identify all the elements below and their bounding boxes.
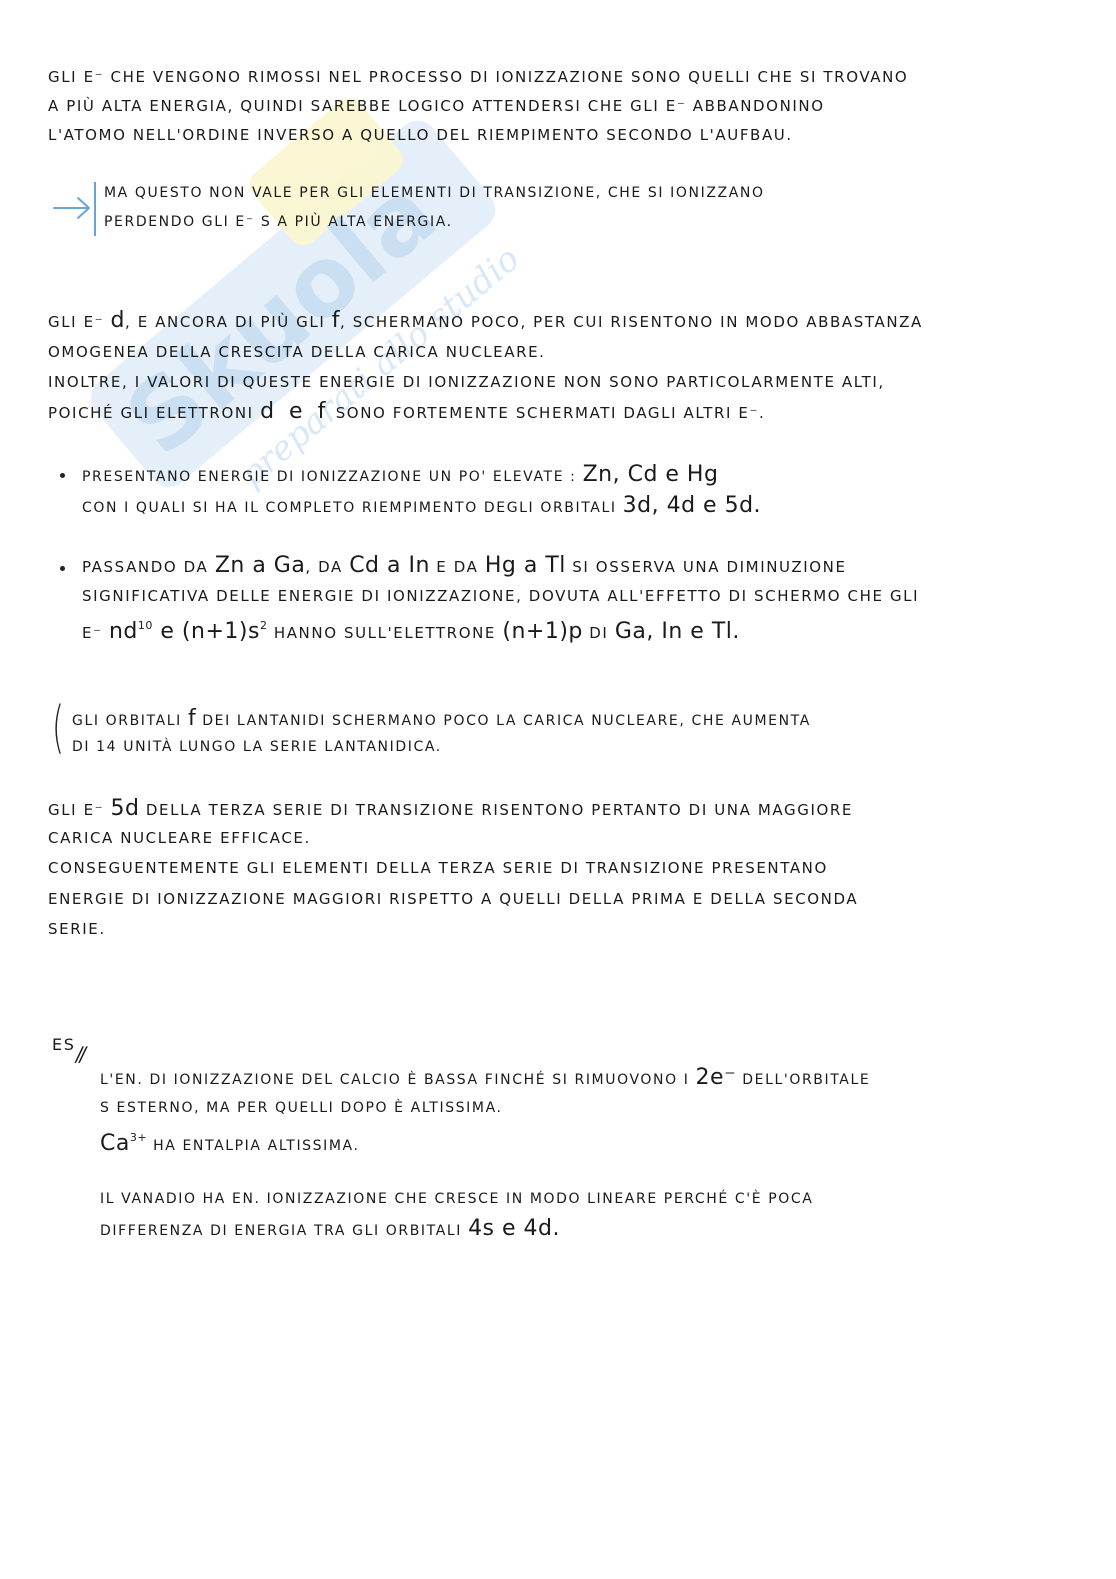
text: L'en. di ionizzazione del calcio è bassa… [100, 1072, 689, 1088]
electron-count: 2e⁻ [696, 1065, 737, 1090]
orbital-f: f [332, 308, 340, 333]
superscript: 10 [138, 619, 153, 632]
notes-page: Gli e⁻ che vengono rimossi nel processo … [0, 0, 1116, 1579]
elements: Zn a Ga [215, 553, 306, 578]
text: Ca [100, 1131, 130, 1156]
example-line1: L'en. di ionizzazione del calcio è bassa… [100, 1063, 870, 1095]
bullet-dot [60, 473, 65, 478]
example-label: ES [52, 1030, 75, 1060]
para3-line5: serie. [48, 914, 106, 944]
example-line3: Ca3+ ha entalpia altissima. [100, 1123, 360, 1161]
bullet-dot [60, 566, 65, 571]
text: , schermano poco, per cui risentono in m… [340, 313, 923, 331]
text: dei lantanidi schermano poco la carica n… [202, 713, 811, 729]
bullet1-line1: Presentano energie di ionizzazione un po… [82, 460, 718, 492]
text: Gli e⁻ [48, 801, 104, 819]
para2-line3: Inoltre, i valori di queste energie di i… [48, 367, 885, 397]
para3-line4: energie di ionizzazione maggiori rispett… [48, 884, 858, 914]
config: nd10 e (n+1)s2 [109, 619, 267, 644]
para1-line1: Gli e⁻ che vengono rimossi nel processo … [48, 62, 908, 92]
text: nd [109, 619, 138, 644]
para2-line4: poiché gli elettroni d e f sono fortemen… [48, 397, 765, 428]
superscript: 3+ [130, 1131, 147, 1144]
text: , e ancora di più gli [125, 313, 325, 331]
text: Passando da [82, 558, 208, 576]
text: sono fortemente schermati dagli altri e⁻… [336, 404, 766, 422]
callout-line2: perdendo gli e⁻ s a più alta energia. [104, 207, 453, 237]
superscript: 2 [260, 619, 268, 632]
orbital-5d: 5d [111, 796, 140, 821]
text: ha entalpia altissima. [153, 1138, 359, 1154]
text: differenza di energia tra gli orbitali [100, 1223, 462, 1239]
text: Gli orbitali [72, 713, 182, 729]
arrow-right-icon [52, 194, 92, 222]
text: poiché gli elettroni [48, 404, 254, 422]
para3-line2: carica nucleare efficace. [48, 823, 311, 853]
example-line5: differenza di energia tra gli orbitali 4… [100, 1214, 560, 1246]
orbital-d: d [111, 308, 125, 333]
text: , da [305, 558, 342, 576]
elements: Hg a Tl [485, 553, 566, 578]
text: della terza serie di transizione risento… [146, 801, 853, 819]
text: hanno sull'elettrone [274, 624, 496, 642]
orbital-np: (n+1)p [502, 619, 583, 644]
text: si osserva una diminuzione [572, 558, 846, 576]
text: e da [436, 558, 478, 576]
para1-line3: l'atomo nell'ordine inverso a quello del… [48, 120, 793, 150]
text: Gli e⁻ [48, 313, 104, 331]
callout-bar [94, 182, 96, 236]
aside-line2: di 14 unità lungo la serie lantanidica. [72, 732, 442, 762]
para2-line1: Gli e⁻ d, e ancora di più gli f, scherma… [48, 306, 923, 337]
orbital-f: f [188, 706, 196, 731]
para1-line2: a più alta energia, quindi sarebbe logic… [48, 91, 825, 121]
orbitals: 4s e 4d. [468, 1216, 560, 1241]
elements: Ga, In e Tl. [615, 619, 740, 644]
ion: Ca3+ [100, 1131, 147, 1156]
bullet1-line2: con i quali si ha il completo riempiment… [82, 491, 761, 523]
text: e⁻ [82, 624, 103, 642]
text: dell'orbitale [742, 1072, 870, 1088]
text: di [589, 624, 608, 642]
example-slash-mark: // [74, 1042, 86, 1066]
elements: Zn, Cd e Hg [583, 462, 719, 487]
elements: Cd a In [349, 553, 430, 578]
example-line2: s esterno, ma per quelli dopo è altissim… [100, 1093, 503, 1123]
callout-line1: Ma questo non vale per gli elementi di t… [104, 178, 765, 208]
bullet2-line1: Passando da Zn a Ga, da Cd a In e da Hg … [82, 551, 847, 582]
bullet2-line2: significativa delle energie di ionizzazi… [82, 581, 919, 611]
example-line4: Il vanadio ha en. ionizzazione che cresc… [100, 1184, 813, 1214]
text: e (n+1)s [160, 619, 260, 644]
orbitals: 3d, 4d e 5d. [623, 493, 761, 518]
open-parenthesis: ( [52, 700, 64, 756]
bullet2-line3: e⁻ nd10 e (n+1)s2 hanno sull'elettrone (… [82, 611, 740, 648]
para2-line2: omogenea della crescita della carica nuc… [48, 337, 546, 367]
text: Presentano energie di ionizzazione un po… [82, 469, 577, 485]
para3-line1: Gli e⁻ 5d della terza serie di transizio… [48, 794, 853, 825]
orbitals-d-f: d e f [260, 399, 329, 424]
para3-line3: Conseguentemente gli elementi della terz… [48, 853, 828, 883]
text: con i quali si ha il completo riempiment… [82, 500, 617, 516]
